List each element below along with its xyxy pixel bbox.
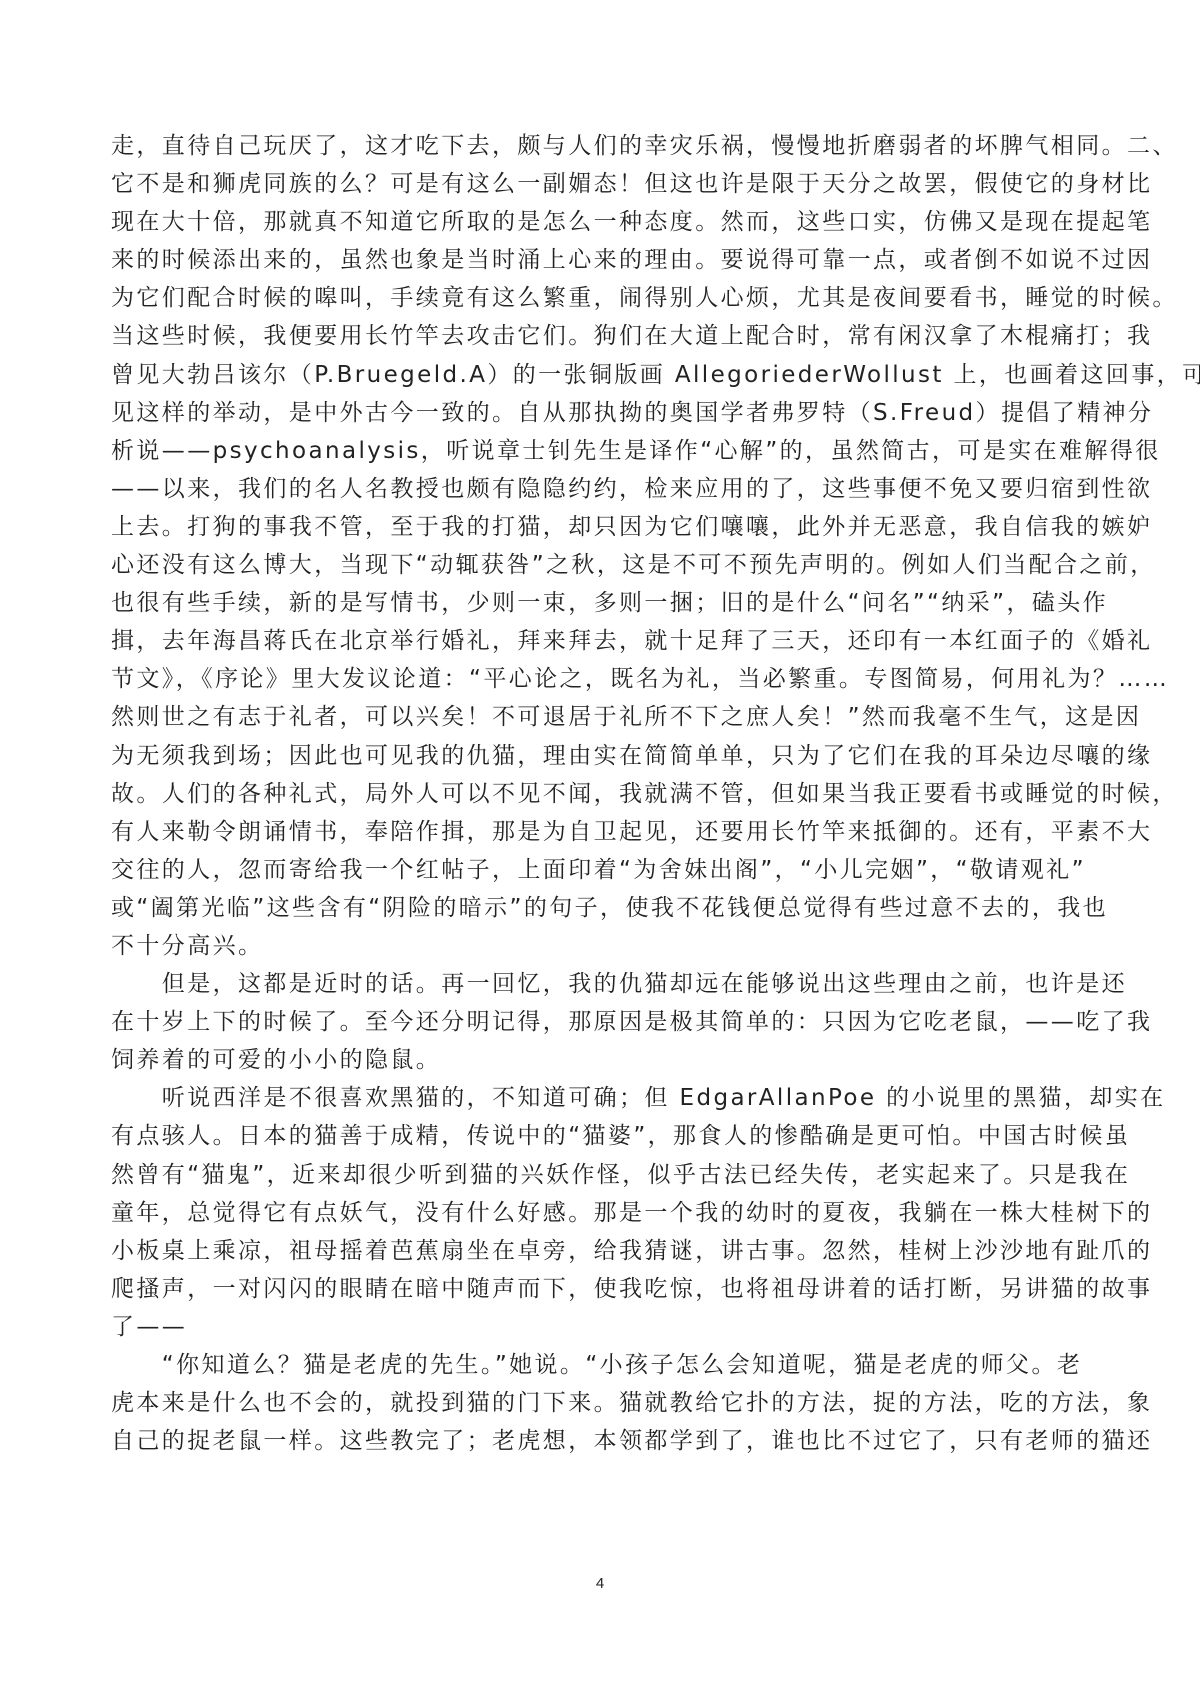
- text-line: 交往的人，忽而寄给我一个红帖子，上面印着“为舍妹出阁”，“小儿完姻”，“敬请观礼…: [111, 851, 1101, 889]
- text-line: 饲养着的可爱的小小的隐鼠。: [111, 1041, 1101, 1079]
- text-line: 析说——psychoanalysis，听说章士钊先生是译作“心解”的，虽然简古，…: [111, 432, 1101, 470]
- text-line: 爬搔声，一对闪闪的眼睛在暗中随声而下，使我吃惊，也将祖母讲着的话打断，另讲猫的故…: [111, 1270, 1101, 1308]
- text-line: 曾见大勃吕该尔（P.Bruegeld.A）的一张铜版画 Allegorieder…: [111, 356, 1101, 394]
- text-line: 小板桌上乘凉，祖母摇着芭蕉扇坐在卓旁，给我猜谜，讲古事。忽然，桂树上沙沙地有趾爪…: [111, 1232, 1101, 1270]
- text-line: 当这些时候，我便要用长竹竿去攻击它们。狗们在大道上配合时，常有闲汉拿了木棍痛打；…: [111, 317, 1101, 355]
- paragraph-start-line: “你知道么？猫是老虎的先生。”她说。“小孩子怎么会知道呢，猫是老虎的师父。老: [111, 1346, 1101, 1384]
- text-line: 见这样的举动，是中外古今一致的。自从那执拗的奥国学者弗罗特（S.Freud）提倡…: [111, 394, 1101, 432]
- text-line: 童年，总觉得它有点妖气，没有什么好感。那是一个我的幼时的夏夜，我躺在一株大桂树下…: [111, 1194, 1101, 1232]
- text-line: 了——: [111, 1308, 1101, 1346]
- text-line: 为无须我到场；因此也可见我的仇猫，理由实在简简单单，只为了它们在我的耳朵边尽嚷的…: [111, 737, 1101, 775]
- text-line: 也很有些手续，新的是写情书，少则一束，多则一捆；旧的是什么“问名”“纳采”，磕头…: [111, 584, 1101, 622]
- paragraph-start-line: 但是，这都是近时的话。再一回忆，我的仇猫却远在能够说出这些理由之前，也许是还: [111, 965, 1101, 1003]
- text-line: 在十岁上下的时候了。至今还分明记得，那原因是极其简单的：只因为它吃老鼠，——吃了…: [111, 1003, 1101, 1041]
- text-line: 不十分高兴。: [111, 927, 1101, 965]
- text-line: 然曾有“猫鬼”，近来却很少听到猫的兴妖作怪，似乎古法已经失传，老实起来了。只是我…: [111, 1156, 1101, 1194]
- page-number: 4: [0, 1575, 1200, 1592]
- text-line: 或“阖第光临”这些含有“阴险的暗示”的句子，使我不花钱便总觉得有些过意不去的，我…: [111, 889, 1101, 927]
- text-line: 现在大十倍，那就真不知道它所取的是怎么一种态度。然而，这些口实，仿佛又是现在提起…: [111, 203, 1101, 241]
- text-line: 上去。打狗的事我不管，至于我的打猫，却只因为它们嚷嚷，此外并无恶意，我自信我的嫉…: [111, 508, 1101, 546]
- text-line: 为它们配合时候的嗥叫，手续竟有这么繁重，闹得别人心烦，尤其是夜间要看书，睡觉的时…: [111, 279, 1101, 317]
- text-line: 自己的捉老鼠一样。这些教完了；老虎想，本领都学到了，谁也比不过它了，只有老师的猫…: [111, 1422, 1101, 1460]
- document-page: 走，直待自己玩厌了，这才吃下去，颇与人们的幸灾乐祸，慢慢地折磨弱者的坏脾气相同。…: [0, 0, 1200, 1697]
- text-line: 虎本来是什么也不会的，就投到猫的门下来。猫就教给它扑的方法，捉的方法，吃的方法，…: [111, 1384, 1101, 1422]
- paragraph-start-line: 听说西洋是不很喜欢黑猫的，不知道可确；但 EdgarAllanPoe 的小说里的…: [111, 1079, 1101, 1117]
- text-line: 它不是和狮虎同族的么？可是有这么一副媚态！但这也许是限于天分之故罢，假使它的身材…: [111, 165, 1101, 203]
- text-line: 节文》，《序论》里大发议论道：“平心论之，既名为礼，当必繁重。专图简易，何用礼为…: [111, 660, 1101, 698]
- text-line: ——以来，我们的名人名教授也颇有隐隐约约，检来应用的了，这些事便不免又要归宿到性…: [111, 470, 1101, 508]
- text-line: 有人来勒令朗诵情书，奉陪作揖，那是为自卫起见，还要用长竹竿来抵御的。还有，平素不…: [111, 813, 1101, 851]
- text-line: 故。人们的各种礼式，局外人可以不见不闻，我就满不管，但如果当我正要看书或睡觉的时…: [111, 775, 1101, 813]
- body-text: 走，直待自己玩厌了，这才吃下去，颇与人们的幸灾乐祸，慢慢地折磨弱者的坏脾气相同。…: [111, 127, 1101, 1460]
- text-line: 揖，去年海昌蒋氏在北京举行婚礼，拜来拜去，就十足拜了三天，还印有一本红面子的《婚…: [111, 622, 1101, 660]
- text-line: 走，直待自己玩厌了，这才吃下去，颇与人们的幸灾乐祸，慢慢地折磨弱者的坏脾气相同。…: [111, 127, 1101, 165]
- text-line: 心还没有这么博大，当现下“动辄获咎”之秋，这是不可不预先声明的。例如人们当配合之…: [111, 546, 1101, 584]
- text-line: 然则世之有志于礼者，可以兴矣！不可退居于礼所不下之庶人矣！”然而我毫不生气，这是…: [111, 698, 1101, 736]
- text-line: 来的时候添出来的，虽然也象是当时涌上心来的理由。要说得可靠一点，或者倒不如说不过…: [111, 241, 1101, 279]
- text-line: 有点骇人。日本的猫善于成精，传说中的“猫婆”，那食人的惨酷确是更可怕。中国古时候…: [111, 1117, 1101, 1155]
